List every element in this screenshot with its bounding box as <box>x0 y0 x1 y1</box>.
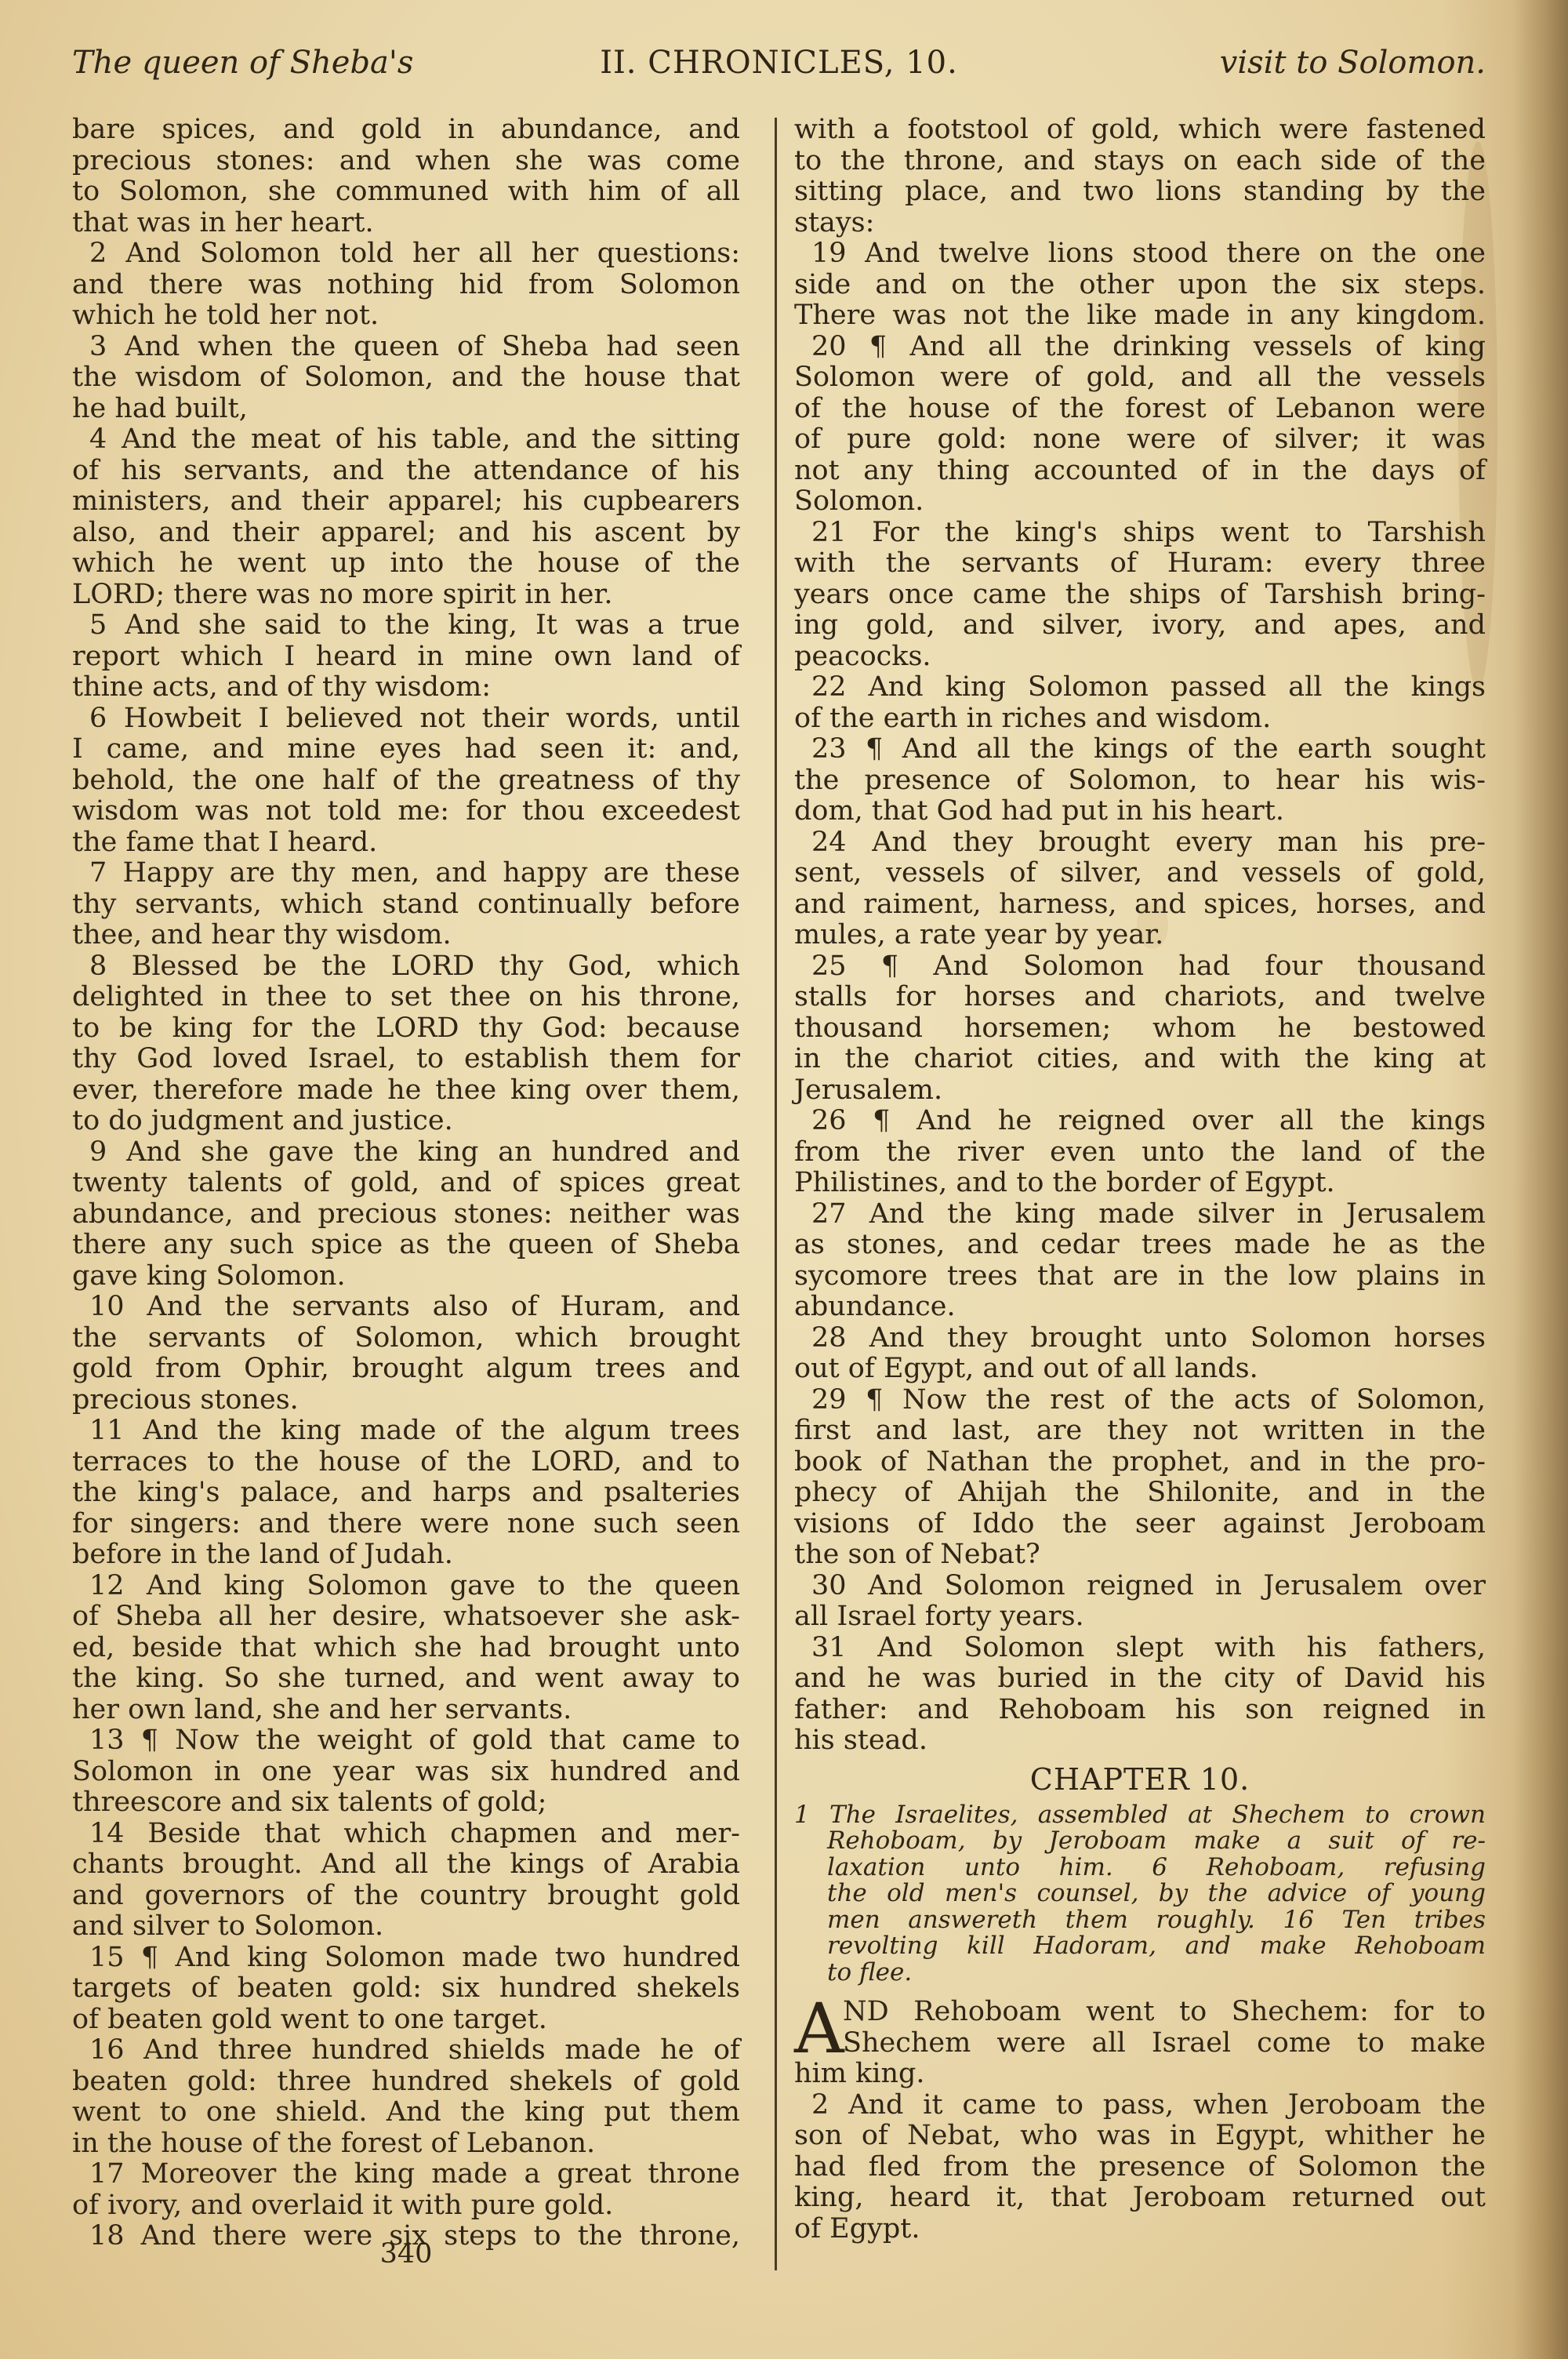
text-line: 1 The Israelites, assembled at Shechem t… <box>794 1802 1486 1829</box>
text-line: 24 And they brought every man his pre- <box>794 827 1486 859</box>
text-line: delighted in thee to set thee on his thr… <box>72 982 740 1013</box>
text-line: sitting place, and two lions standing by… <box>794 176 1486 208</box>
text-line: 10 And the servants also of Huram, and <box>72 1292 740 1323</box>
text-line: 8 Blessed be the LORD thy God, which <box>72 951 740 983</box>
text-line: 14 Beside that which chapmen and mer- <box>72 1819 740 1850</box>
text-line: 21 For the king's ships went to Tarshish <box>794 518 1486 549</box>
text-line: report which I heard in mine own land of <box>72 642 740 673</box>
text-line: the presence of Solomon, to hear his wis… <box>794 765 1486 797</box>
chapter-opening: A ND Rehoboam went to Shechem: for toShe… <box>794 1997 1486 2245</box>
text-line: in the chariot cities, and with the king… <box>794 1044 1486 1075</box>
text-line: from the river even unto the land of the <box>794 1137 1486 1169</box>
text-line: gave king Solomon. <box>72 1261 740 1292</box>
text-line: 19 And twelve lions stood there on the o… <box>794 238 1486 270</box>
text-line: abundance, and precious stones: neither … <box>72 1199 740 1230</box>
text-line: in the house of the forest of Lebanon. <box>72 2128 740 2160</box>
text-line: 20 ¶ And all the drinking vessels of kin… <box>794 332 1486 363</box>
text-line: all Israel forty years. <box>794 1601 1486 1633</box>
page-number: 340 <box>72 2238 740 2270</box>
text-line: and silver to Solomon. <box>72 1911 740 1943</box>
text-line: thousand horsemen; whom he bestowed <box>794 1013 1486 1045</box>
text-line: ing gold, and silver, ivory, and apes, a… <box>794 610 1486 642</box>
text-line: to the throne, and stays on each side of… <box>794 146 1486 177</box>
text-line: which he went up into the house of the <box>72 548 740 580</box>
text-line: beaten gold: three hundred shekels of go… <box>72 2066 740 2098</box>
text-line: twenty talents of gold, and of spices gr… <box>72 1168 740 1199</box>
text-line: 6 Howbeit I believed not their words, un… <box>72 703 740 735</box>
running-head-right: visit to Solomon. <box>1220 41 1486 85</box>
text-line: and there was nothing hid from Solomon <box>72 270 740 301</box>
bible-page: The queen of Sheba's II. CHRONICLES, 10.… <box>0 0 1568 2359</box>
right-column: with a footstool of gold, which were fas… <box>794 114 1486 2245</box>
text-line: he had built, <box>72 394 740 425</box>
text-line: went to one shield. And the king put the… <box>72 2097 740 2128</box>
text-line: Rehoboam, by Jeroboam make a suit of re- <box>794 1828 1486 1855</box>
text-line: the king's palace, and harps and psalter… <box>72 1478 740 1509</box>
text-line: 13 ¶ Now the weight of gold that came to <box>72 1725 740 1757</box>
text-line: terraces to the house of the LORD, and t… <box>72 1447 740 1478</box>
text-line: visions of Iddo the seer against Jeroboa… <box>794 1509 1486 1540</box>
text-line: Solomon. <box>794 486 1486 518</box>
text-line: ND Rehoboam went to Shechem: for to <box>794 1997 1486 2028</box>
text-line: of his servants, and the attendance of h… <box>72 456 740 487</box>
text-line: abundance. <box>794 1292 1486 1323</box>
text-line: book of Nathan the prophet, and in the p… <box>794 1447 1486 1478</box>
text-line: before in the land of Judah. <box>72 1539 740 1571</box>
text-line: which he told her not. <box>72 300 740 332</box>
text-line: 22 And king Solomon passed all the kings <box>794 672 1486 703</box>
text-line: of Egypt. <box>794 2214 1486 2245</box>
text-line: sycomore trees that are in the low plain… <box>794 1261 1486 1292</box>
text-line: 3 And when the queen of Sheba had seen <box>72 332 740 363</box>
text-line: the old men's counsel, by the advice of … <box>794 1881 1486 1907</box>
text-line: father: and Rehoboam his son reigned in <box>794 1695 1486 1726</box>
text-line: precious stones: and when she was come <box>72 146 740 177</box>
column-divider <box>775 118 777 2270</box>
text-line: 2 And it came to pass, when Jeroboam the <box>794 2090 1486 2121</box>
text-line: I came, and mine eyes had seen it: and, <box>72 734 740 765</box>
text-line: to Solomon, she communed with him of all <box>72 176 740 208</box>
text-line: 5 And she said to the king, It was a tru… <box>72 610 740 642</box>
text-line: his stead. <box>794 1725 1486 1757</box>
text-line: not any thing accounted of in the days o… <box>794 456 1486 487</box>
text-line: Philistines, and to the border of Egypt. <box>794 1168 1486 1199</box>
text-line: of ivory, and overlaid it with pure gold… <box>72 2190 740 2222</box>
left-column: bare spices, and gold in abundance, andp… <box>72 114 740 2252</box>
text-line: out of Egypt, and out of all lands. <box>794 1354 1486 1385</box>
text-line: ed, beside that which she had brought un… <box>72 1633 740 1664</box>
text-line: the servants of Solomon, which brought <box>72 1323 740 1354</box>
text-line: 7 Happy are thy men, and happy are these <box>72 858 740 889</box>
text-line: the fame that I heard. <box>72 827 740 859</box>
text-line: also, and their apparel; and his ascent … <box>72 518 740 549</box>
text-line: of the house of the forest of Lebanon we… <box>794 394 1486 425</box>
text-line: behold, the one half of the greatness of… <box>72 765 740 797</box>
text-line: ever, therefore made he thee king over t… <box>72 1075 740 1107</box>
text-line: king, heard it, that Jeroboam returned o… <box>794 2183 1486 2214</box>
text-line: there any such spice as the queen of She… <box>72 1230 740 1261</box>
text-line: sent, vessels of silver, and vessels of … <box>794 858 1486 889</box>
text-line: 26 ¶ And he reigned over all the kings <box>794 1106 1486 1137</box>
running-head: The queen of Sheba's II. CHRONICLES, 10.… <box>72 41 1486 85</box>
text-line: mules, a rate year by year. <box>794 920 1486 951</box>
chapter-heading: CHAPTER 10. <box>794 1757 1486 1802</box>
text-line: first and last, are they not written in … <box>794 1416 1486 1447</box>
text-line: 27 And the king made silver in Jerusalem <box>794 1199 1486 1230</box>
text-line: the son of Nebat? <box>794 1539 1486 1571</box>
text-line: 30 And Solomon reigned in Jerusalem over <box>794 1571 1486 1602</box>
text-line: Solomon in one year was six hundred and <box>72 1757 740 1788</box>
chapter-summary: 1 The Israelites, assembled at Shechem t… <box>794 1802 1486 1986</box>
text-line: 29 ¶ Now the rest of the acts of Solomon… <box>794 1385 1486 1416</box>
text-line: the king. So she turned, and went away t… <box>72 1663 740 1695</box>
text-line: thy servants, which stand continually be… <box>72 889 740 921</box>
text-line: targets of beaten gold: six hundred shek… <box>72 1973 740 2005</box>
text-line: to do judgment and justice. <box>72 1106 740 1137</box>
text-line: 4 And the meat of his table, and the sit… <box>72 424 740 456</box>
text-line: gold from Ophir, brought algum trees and <box>72 1354 740 1385</box>
text-line: There was not the like made in any kingd… <box>794 300 1486 332</box>
text-line: to flee. <box>794 1960 1486 1986</box>
text-line: chants brought. And all the kings of Ara… <box>72 1849 740 1881</box>
text-line: had fled from the presence of Solomon th… <box>794 2152 1486 2183</box>
text-line: as stones, and cedar trees made he as th… <box>794 1230 1486 1261</box>
text-line: stalls for horses and chariots, and twel… <box>794 982 1486 1013</box>
text-line: wisdom was not told me: for thou exceede… <box>72 796 740 827</box>
text-line: thee, and hear thy wisdom. <box>72 920 740 951</box>
text-line: 31 And Solomon slept with his fathers, <box>794 1633 1486 1664</box>
text-line: her own land, she and her servants. <box>72 1695 740 1726</box>
text-line: years once came the ships of Tarshish br… <box>794 580 1486 611</box>
text-line: to be king for the LORD thy God: because <box>72 1013 740 1045</box>
text-line: 25 ¶ And Solomon had four thousand <box>794 951 1486 983</box>
text-line: with the servants of Huram: every three <box>794 548 1486 580</box>
text-line: and he was buried in the city of David h… <box>794 1663 1486 1695</box>
text-line: of Sheba all her desire, whatsoever she … <box>72 1601 740 1633</box>
text-line: and raiment, harness, and spices, horses… <box>794 889 1486 921</box>
text-line: son of Nebat, who was in Egypt, whither … <box>794 2121 1486 2152</box>
text-line: 23 ¶ And all the kings of the earth soug… <box>794 734 1486 765</box>
text-line: phecy of Ahijah the Shilonite, and in th… <box>794 1478 1486 1509</box>
text-line: Shechem were all Israel come to make <box>794 2028 1486 2059</box>
text-line: dom, that God had put in his heart. <box>794 796 1486 827</box>
text-line: with a footstool of gold, which were fas… <box>794 114 1486 146</box>
text-line: precious stones. <box>72 1385 740 1416</box>
text-line: thine acts, and of thy wisdom: <box>72 672 740 703</box>
text-line: and governors of the country brought gol… <box>72 1881 740 1912</box>
text-line: for singers: and there were none such se… <box>72 1509 740 1540</box>
text-line: Jerusalem. <box>794 1075 1486 1107</box>
text-line: thy God loved Israel, to establish them … <box>72 1044 740 1075</box>
text-line: bare spices, and gold in abundance, and <box>72 114 740 146</box>
text-line: stays: <box>794 208 1486 239</box>
text-line: laxation unto him. 6 Rehoboam, refusing <box>794 1855 1486 1881</box>
text-line: men answereth them roughly. 16 Ten tribe… <box>794 1907 1486 1934</box>
text-line: 9 And she gave the king an hundred and <box>72 1137 740 1169</box>
text-line: ministers, and their apparel; his cupbea… <box>72 486 740 518</box>
text-line: 11 And the king made of the algum trees <box>72 1416 740 1447</box>
text-line: him king. <box>794 2059 1486 2090</box>
chapter-verses: ND Rehoboam went to Shechem: for toShech… <box>794 1997 1486 2245</box>
text-line: LORD; there was no more spirit in her. <box>72 580 740 611</box>
text-line: 28 And they brought unto Solomon horses <box>794 1323 1486 1354</box>
right-column-verses: with a footstool of gold, which were fas… <box>794 114 1486 1757</box>
text-line: that was in her heart. <box>72 208 740 239</box>
text-line: 12 And king Solomon gave to the queen <box>72 1571 740 1602</box>
text-line: revolting kill Hadoram, and make Rehoboa… <box>794 1933 1486 1960</box>
text-line: of pure gold: none were of silver; it wa… <box>794 424 1486 456</box>
drop-cap: A <box>794 1998 844 2059</box>
text-line: Solomon were of gold, and all the vessel… <box>794 362 1486 394</box>
text-line: 16 And three hundred shields made he of <box>72 2035 740 2066</box>
text-line: of the earth in riches and wisdom. <box>794 703 1486 735</box>
text-line: 15 ¶ And king Solomon made two hundred <box>72 1943 740 1974</box>
text-line: side and on the other upon the six steps… <box>794 270 1486 301</box>
text-line: 17 Moreover the king made a great throne <box>72 2159 740 2190</box>
text-line: 2 And Solomon told her all her questions… <box>72 238 740 270</box>
text-line: peacocks. <box>794 642 1486 673</box>
text-line: the wisdom of Solomon, and the house tha… <box>72 362 740 394</box>
text-line: threescore and six talents of gold; <box>72 1787 740 1819</box>
text-line: of beaten gold went to one target. <box>72 2005 740 2036</box>
